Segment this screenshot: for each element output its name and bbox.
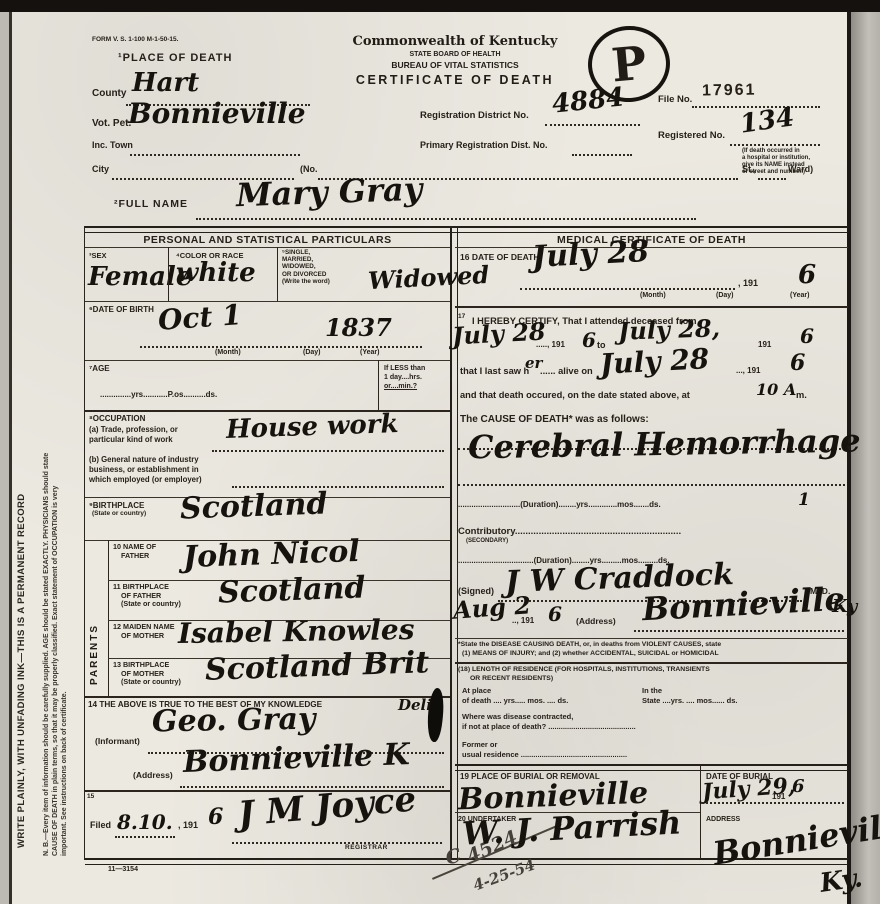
signed-year-hw: 6 — [548, 604, 562, 624]
city-ward-label: Ward) — [788, 164, 813, 174]
alive-year-hw: 6 — [790, 352, 805, 374]
attended-to: July 28, — [618, 316, 721, 344]
registered-no-label: Registered No. — [658, 130, 725, 141]
contracted-label-1: Where was disease contracted, — [462, 712, 573, 721]
to-year-hw: 6 — [800, 326, 814, 346]
father-name-value: John Nicol — [183, 537, 361, 573]
parents-divider — [108, 540, 109, 697]
city-ward-line — [758, 176, 786, 180]
filed-date: 8.10. — [117, 812, 173, 832]
state-board-line: STATE BOARD OF HEALTH — [330, 51, 580, 58]
dob-sub-month: (Month) — [215, 349, 241, 356]
birthplace-value: Scotland — [180, 489, 328, 524]
signed-address-label: (Address) — [576, 616, 616, 626]
mother-name-value: Isabel Knowles — [178, 616, 415, 648]
occupation-a1: (a) Trade, profession, or — [89, 425, 178, 435]
former-label-2: usual residence ........................… — [462, 750, 627, 759]
vot-pet-label: Vot. Pet. — [92, 118, 131, 129]
registrar-label: REGISTRAR — [345, 844, 388, 851]
dod-line — [520, 286, 735, 290]
occupation-b1: (b) General nature of industry — [89, 455, 202, 465]
parents-bottom-rule — [85, 696, 450, 698]
occupation-b2: business, or establishment in — [89, 465, 202, 475]
cause-value: Cerebral Hemorrhage — [468, 425, 861, 464]
residence-bottom-rule — [455, 764, 848, 771]
occupation-a-line — [212, 448, 444, 452]
father-bp-value: Scotland — [218, 573, 366, 608]
attended-from: July 28 — [451, 320, 546, 349]
filed-number: 15 — [87, 793, 94, 800]
full-name-value: Mary Gray — [235, 173, 422, 211]
dob-sub-day: (Day) — [303, 349, 321, 356]
dod-label: 16 DATE OF DEATH — [460, 252, 540, 262]
margin-note-nb-1: N. B.—Every item of information should b… — [42, 216, 51, 856]
signed-year-printed: .., 191 — [512, 616, 534, 625]
mother-bp-value: Scotland Brit — [205, 648, 430, 686]
from-year-hw: 6 — [582, 330, 596, 350]
residence-label-1: (18) LENGTH OF RESIDENCE (FOR HOSPITALS,… — [458, 666, 710, 673]
inc-town-label: Inc. Town — [92, 140, 133, 150]
dob-label: ⁶DATE OF BIRTH — [89, 305, 154, 314]
occupation-b-line — [232, 484, 444, 488]
marital-label-5: (Write the word) — [282, 278, 330, 285]
former-label-1: Former or — [462, 740, 497, 749]
marital-label-1: ⁵SINGLE, — [282, 249, 330, 256]
cause-label: The CAUSE OF DEATH* was as follows: — [460, 414, 649, 425]
attest-overwrite: Deli — [398, 698, 432, 713]
header-rule — [85, 226, 848, 233]
margin-note-nb-3: important. See instructions on back of c… — [60, 216, 69, 856]
certificate-title: CERTIFICATE OF DEATH — [330, 73, 580, 87]
scan-left-edge — [9, 0, 12, 904]
informant-label: (Informant) — [95, 736, 140, 746]
birthplace-label: ⁹BIRTHPLACE — [89, 501, 144, 510]
certify-number: 17 — [458, 313, 465, 320]
birthplace-sub: (State or country) — [92, 510, 146, 517]
death-m-printed: m. — [796, 390, 807, 400]
dod-year-hw: 6 — [798, 262, 816, 288]
dob-line — [140, 344, 422, 348]
filed-date-line — [115, 834, 175, 838]
duration1-hw: 1 — [798, 492, 810, 509]
father-bp-label-3: (State or country) — [113, 600, 181, 609]
dod-year-printed: , 191 — [738, 278, 758, 288]
medical-title-rule — [455, 247, 848, 248]
dob-sub-year: (Year) — [360, 349, 379, 356]
undertaker-value: W. J. Parrish — [461, 806, 682, 849]
hospital-note-2: a hospital or institution, — [742, 155, 848, 162]
age-less-1: If LESS than — [384, 364, 425, 373]
alive-on-value: July 28 — [599, 345, 710, 379]
undertaker-address-ky: Ky. — [818, 865, 864, 897]
occupation-a-value: House work — [226, 411, 399, 443]
registrar-line — [232, 840, 442, 844]
last-saw-printed-2: ...... alive on — [540, 366, 593, 376]
burial-date-line — [702, 800, 844, 804]
footnote-top-rule — [455, 638, 848, 639]
alive-year-printed: ..., 191 — [736, 366, 760, 375]
signed-address-ky: Ky — [832, 598, 857, 616]
last-saw-printed-1: that I last saw h — [460, 366, 529, 376]
file-no-label: File No. — [658, 94, 692, 105]
dod-value: July 28 — [531, 237, 649, 273]
full-name-line — [196, 216, 696, 220]
contributory-sub: (SECONDARY) — [466, 538, 508, 544]
form-number: FORM V. S. 1-100 M-1-50-15. — [92, 36, 178, 43]
burial-date-hw2: 6 — [792, 778, 805, 796]
death-certificate-scan: WRITE PLAINLY, WITH UNFADING INK—THIS IS… — [0, 0, 880, 904]
registration-district-line — [545, 122, 640, 126]
registered-no-line — [730, 142, 820, 146]
file-no-value: 17961 — [702, 82, 757, 101]
at-place-label-1: At place — [462, 686, 491, 695]
dod-sub-month: (Month) — [640, 292, 666, 299]
full-name-label: ²FULL NAME — [114, 198, 188, 210]
hospital-note-1: (If death occurred in — [742, 148, 848, 155]
in-state-label-2: State ....yrs. .... mos...... ds. — [642, 696, 737, 705]
signed-address-line — [634, 628, 844, 632]
dod-rule — [455, 306, 848, 308]
father-name-label-2: FATHER — [113, 552, 156, 561]
registered-no-value: 134 — [738, 104, 795, 137]
informant-address-value: Bonnieville K — [183, 740, 411, 778]
personal-title-rule — [85, 247, 450, 248]
dod-sub-day: (Day) — [716, 292, 734, 299]
cause-footnote-1: *State the DISEASE CAUSING DEATH, or, in… — [458, 641, 721, 648]
mother-name-label-2: OF MOTHER — [113, 632, 175, 641]
to-year-printed: 191 — [758, 340, 771, 349]
city-label: City — [92, 164, 109, 174]
bureau-line: BUREAU OF VITAL STATISTICS — [330, 60, 580, 70]
age-label: ⁷AGE — [89, 364, 110, 373]
occupation-label: ⁸OCCUPATION — [89, 414, 145, 423]
color-marital-divider — [277, 247, 278, 301]
dob-year: 1837 — [325, 316, 392, 340]
medical-section-title: MEDICAL CERTIFICATE OF DEATH — [455, 234, 848, 246]
place-of-death-heading: ¹PLACE OF DEATH — [118, 52, 232, 64]
occupation-a2: particular kind of work — [89, 435, 178, 445]
registration-district-value: 4884 — [551, 84, 626, 117]
dob-value: Oct 1 — [157, 301, 242, 335]
marital-label-3: WIDOWED, — [282, 263, 330, 270]
marital-label-2: MARRIED, — [282, 256, 330, 263]
age-divider — [378, 360, 379, 410]
margin-note-nb-2: CAUSE OF DEATH in plain terms, so that i… — [51, 216, 60, 856]
informant-value: Geo. Gray — [152, 705, 316, 738]
scan-top-band — [0, 0, 880, 12]
duration1-printed: ............................(Duration)..… — [458, 500, 661, 509]
signed-address-value: Bonnieville — [641, 583, 845, 626]
mother-bp-label-3: (State or country) — [113, 678, 181, 687]
inc-town-line — [130, 152, 300, 156]
age-dots: ..............yrs...........P.os........… — [100, 390, 217, 399]
at-place-label-2: of death .... yrs..... mos. .... ds. — [462, 696, 568, 705]
filed-year-printed: , 191 — [178, 820, 198, 830]
color-value: white — [176, 260, 256, 286]
marital-label-4: OR DIVORCED — [282, 271, 330, 278]
cause-line-2 — [458, 482, 845, 486]
dob-rule — [85, 360, 450, 361]
scan-left-band — [0, 0, 9, 904]
county-label: County — [92, 88, 126, 99]
marital-value: Widowed — [367, 263, 489, 293]
margin-note-bold: WRITE PLAINLY, WITH UNFADING INK—THIS IS… — [16, 493, 27, 848]
sex-label: ³SEX — [89, 251, 107, 260]
death-time-hw: 10 A — [756, 382, 796, 398]
age-less-3: or....min.? — [384, 382, 425, 391]
burial-cell-divider — [700, 764, 701, 858]
primary-registration-label: Primary Registration Dist. No. — [420, 140, 548, 150]
parents-label: PARENTS — [89, 555, 100, 685]
sex-color-divider — [168, 247, 169, 301]
occupation-b3: which employed (or employer) — [89, 475, 202, 485]
registration-district-label: Registration District No. — [420, 110, 529, 121]
from-year-printed: ....., 191 — [536, 340, 565, 349]
undertaker-address-label: ADDRESS — [706, 816, 740, 823]
primary-registration-line — [572, 152, 632, 156]
informant-address-label: (Address) — [133, 770, 173, 780]
sex-row-rule — [85, 301, 450, 302]
vot-pet-value: Bonnieville — [128, 100, 306, 128]
city-st-label: St., — [742, 164, 756, 174]
cause-footnote-2: (1) MEANS OF INJURY; and (2) whether ACC… — [462, 650, 719, 657]
county-value: Hart — [132, 70, 199, 96]
footer-form-code: 11—3154 — [108, 866, 138, 873]
contracted-label-2: if not at place of death? ..............… — [462, 722, 636, 731]
filed-year-hw: 6 — [208, 806, 223, 828]
death-occurred-printed: and that death occured, on the date stat… — [460, 390, 690, 400]
left-outer-border — [84, 226, 85, 860]
age-less-2: 1 day....hrs. — [384, 373, 425, 382]
contributory-label: Contributory............................… — [458, 526, 681, 537]
personal-section-title: PERSONAL AND STATISTICAL PARTICULARS — [85, 234, 450, 246]
in-state-label-1: In the — [642, 686, 662, 695]
dod-sub-year: (Year) — [790, 292, 809, 299]
residence-label-2: OR RECENT RESIDENTS) — [470, 675, 553, 682]
filed-label: Filed — [90, 820, 111, 830]
commonwealth-title: Commonwealth of Kentucky — [330, 34, 580, 49]
footnote-bottom-rule — [455, 662, 848, 664]
